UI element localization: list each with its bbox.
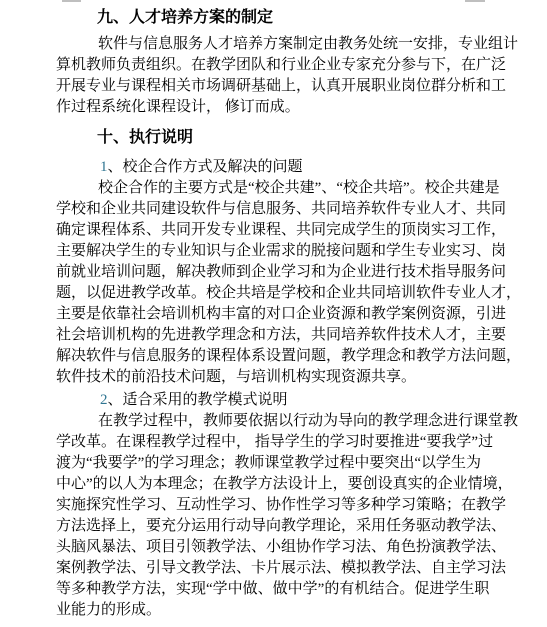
paragraph-line: 软件与信息服务人才培养方案制定由教务处统一安排，专业组计 (56, 34, 493, 55)
numbered-item-1: 1、校企合作方式及解决的问题 (56, 157, 493, 178)
document-body: 九、人才培养方案的制定 软件与信息服务人才培养方案制定由教务处统一安排，专业组计… (56, 7, 493, 621)
paragraph-line: 业能力的形成。 (56, 600, 493, 621)
paragraph-plan-development: 软件与信息服务人才培养方案制定由教务处统一安排，专业组计 算机教师负责组织。在教… (56, 34, 493, 118)
top-edge-artifact-right (465, 0, 485, 2)
paragraph-line: 实施探究性学习、互动性学习、协作性学习等多种学习策略；在教学 (56, 495, 493, 516)
section-heading-nine: 九、人才培养方案的制定 (56, 7, 493, 28)
paragraph-line: 确定课程体系、共同开发专业课程、共同完成学生的顶岗实习工作， (56, 220, 493, 241)
paragraph-line: 中心”的以人为本理念；在教学方法设计上，要创设真实的企业情境， (56, 474, 493, 495)
paragraph-line: 等多种教学方法，实现“学中做、做中学”的有机结合。促进学生职 (56, 579, 493, 600)
paragraph-line: 解决软件与信息服务的课程体系设置问题，教学理念和教学方法问题， (56, 346, 493, 367)
paragraph-line: 算机教师负责组织。在教学团队和行业企业专家充分参与下，在广泛 (56, 55, 493, 76)
paragraph-line: 学校和企业共同建设软件与信息服务、共同培养软件专业人才、共同 (56, 199, 493, 220)
paragraph-line: 主要解决学生的专业知识与企业需求的脱接问题和学生专业实习、岗 (56, 241, 493, 262)
paragraph-line: 主要是依靠社会培训机构丰富的对口企业资源和教学案例资源，引进 (56, 304, 493, 325)
item-number: 2 (100, 392, 108, 408)
paragraph-line: 渡为“我要学”的学习理念；教师课堂教学过程中要突出“以学生为 (56, 453, 493, 474)
paragraph-line: 前就业培训问题，解决教师到企业学习和为企业进行技术指导服务问 (56, 262, 493, 283)
item-label: 、校企合作方式及解决的问题 (108, 159, 303, 175)
section-heading-ten: 十、执行说明 (56, 127, 493, 148)
paragraph-line: 头脑风暴法、项目引领教学法、小组协作学习法、角色扮演教学法、 (56, 537, 493, 558)
paragraph-school-enterprise: 校企合作的主要方式是“校企共建”、“校企共培”。校企共建是 学校和企业共同建设软… (56, 178, 493, 388)
paragraph-teaching-mode: 在教学过程中，教师要依据以行动为导向的教学理念进行课堂教 学改革。在课程教学过程… (56, 411, 493, 621)
item-number: 1 (100, 159, 108, 175)
paragraph-line: 案例教学法、引导文教学法、卡片展示法、模拟教学法、自主学习法 (56, 558, 493, 579)
paragraph-line: 软件技术的前沿技术问题，与培训机构实现资源共享。 (56, 367, 493, 388)
paragraph-line: 开展专业与课程相关市场调研基础上，认真开展职业岗位群分析和工 (56, 76, 493, 97)
paragraph-line: 方法选择上，要充分运用行动导向教学理论，采用任务驱动教学法、 (56, 516, 493, 537)
paragraph-line: 题，以促进教学改革。校企共培是学校和企业共同培训软件专业人才， (56, 283, 493, 304)
numbered-item-2: 2、适合采用的教学模式说明 (56, 390, 493, 411)
paragraph-line: 校企合作的主要方式是“校企共建”、“校企共培”。校企共建是 (56, 178, 493, 199)
document-page: { "page": { "background": "#ffffff", "te… (0, 0, 547, 627)
paragraph-line: 作过程系统化课程设计， 修订而成。 (56, 97, 493, 118)
paragraph-line: 社会培训机构的先进教学理念和方法，共同培养软件技术人才，主要 (56, 325, 493, 346)
paragraph-line: 学改革。在课程教学过程中， 指导学生的学习时要推进“要我学”过 (56, 432, 493, 453)
item-label: 、适合采用的教学模式说明 (108, 392, 288, 408)
top-edge-artifact-left (62, 0, 81, 2)
paragraph-line: 在教学过程中，教师要依据以行动为导向的教学理念进行课堂教 (56, 411, 493, 432)
